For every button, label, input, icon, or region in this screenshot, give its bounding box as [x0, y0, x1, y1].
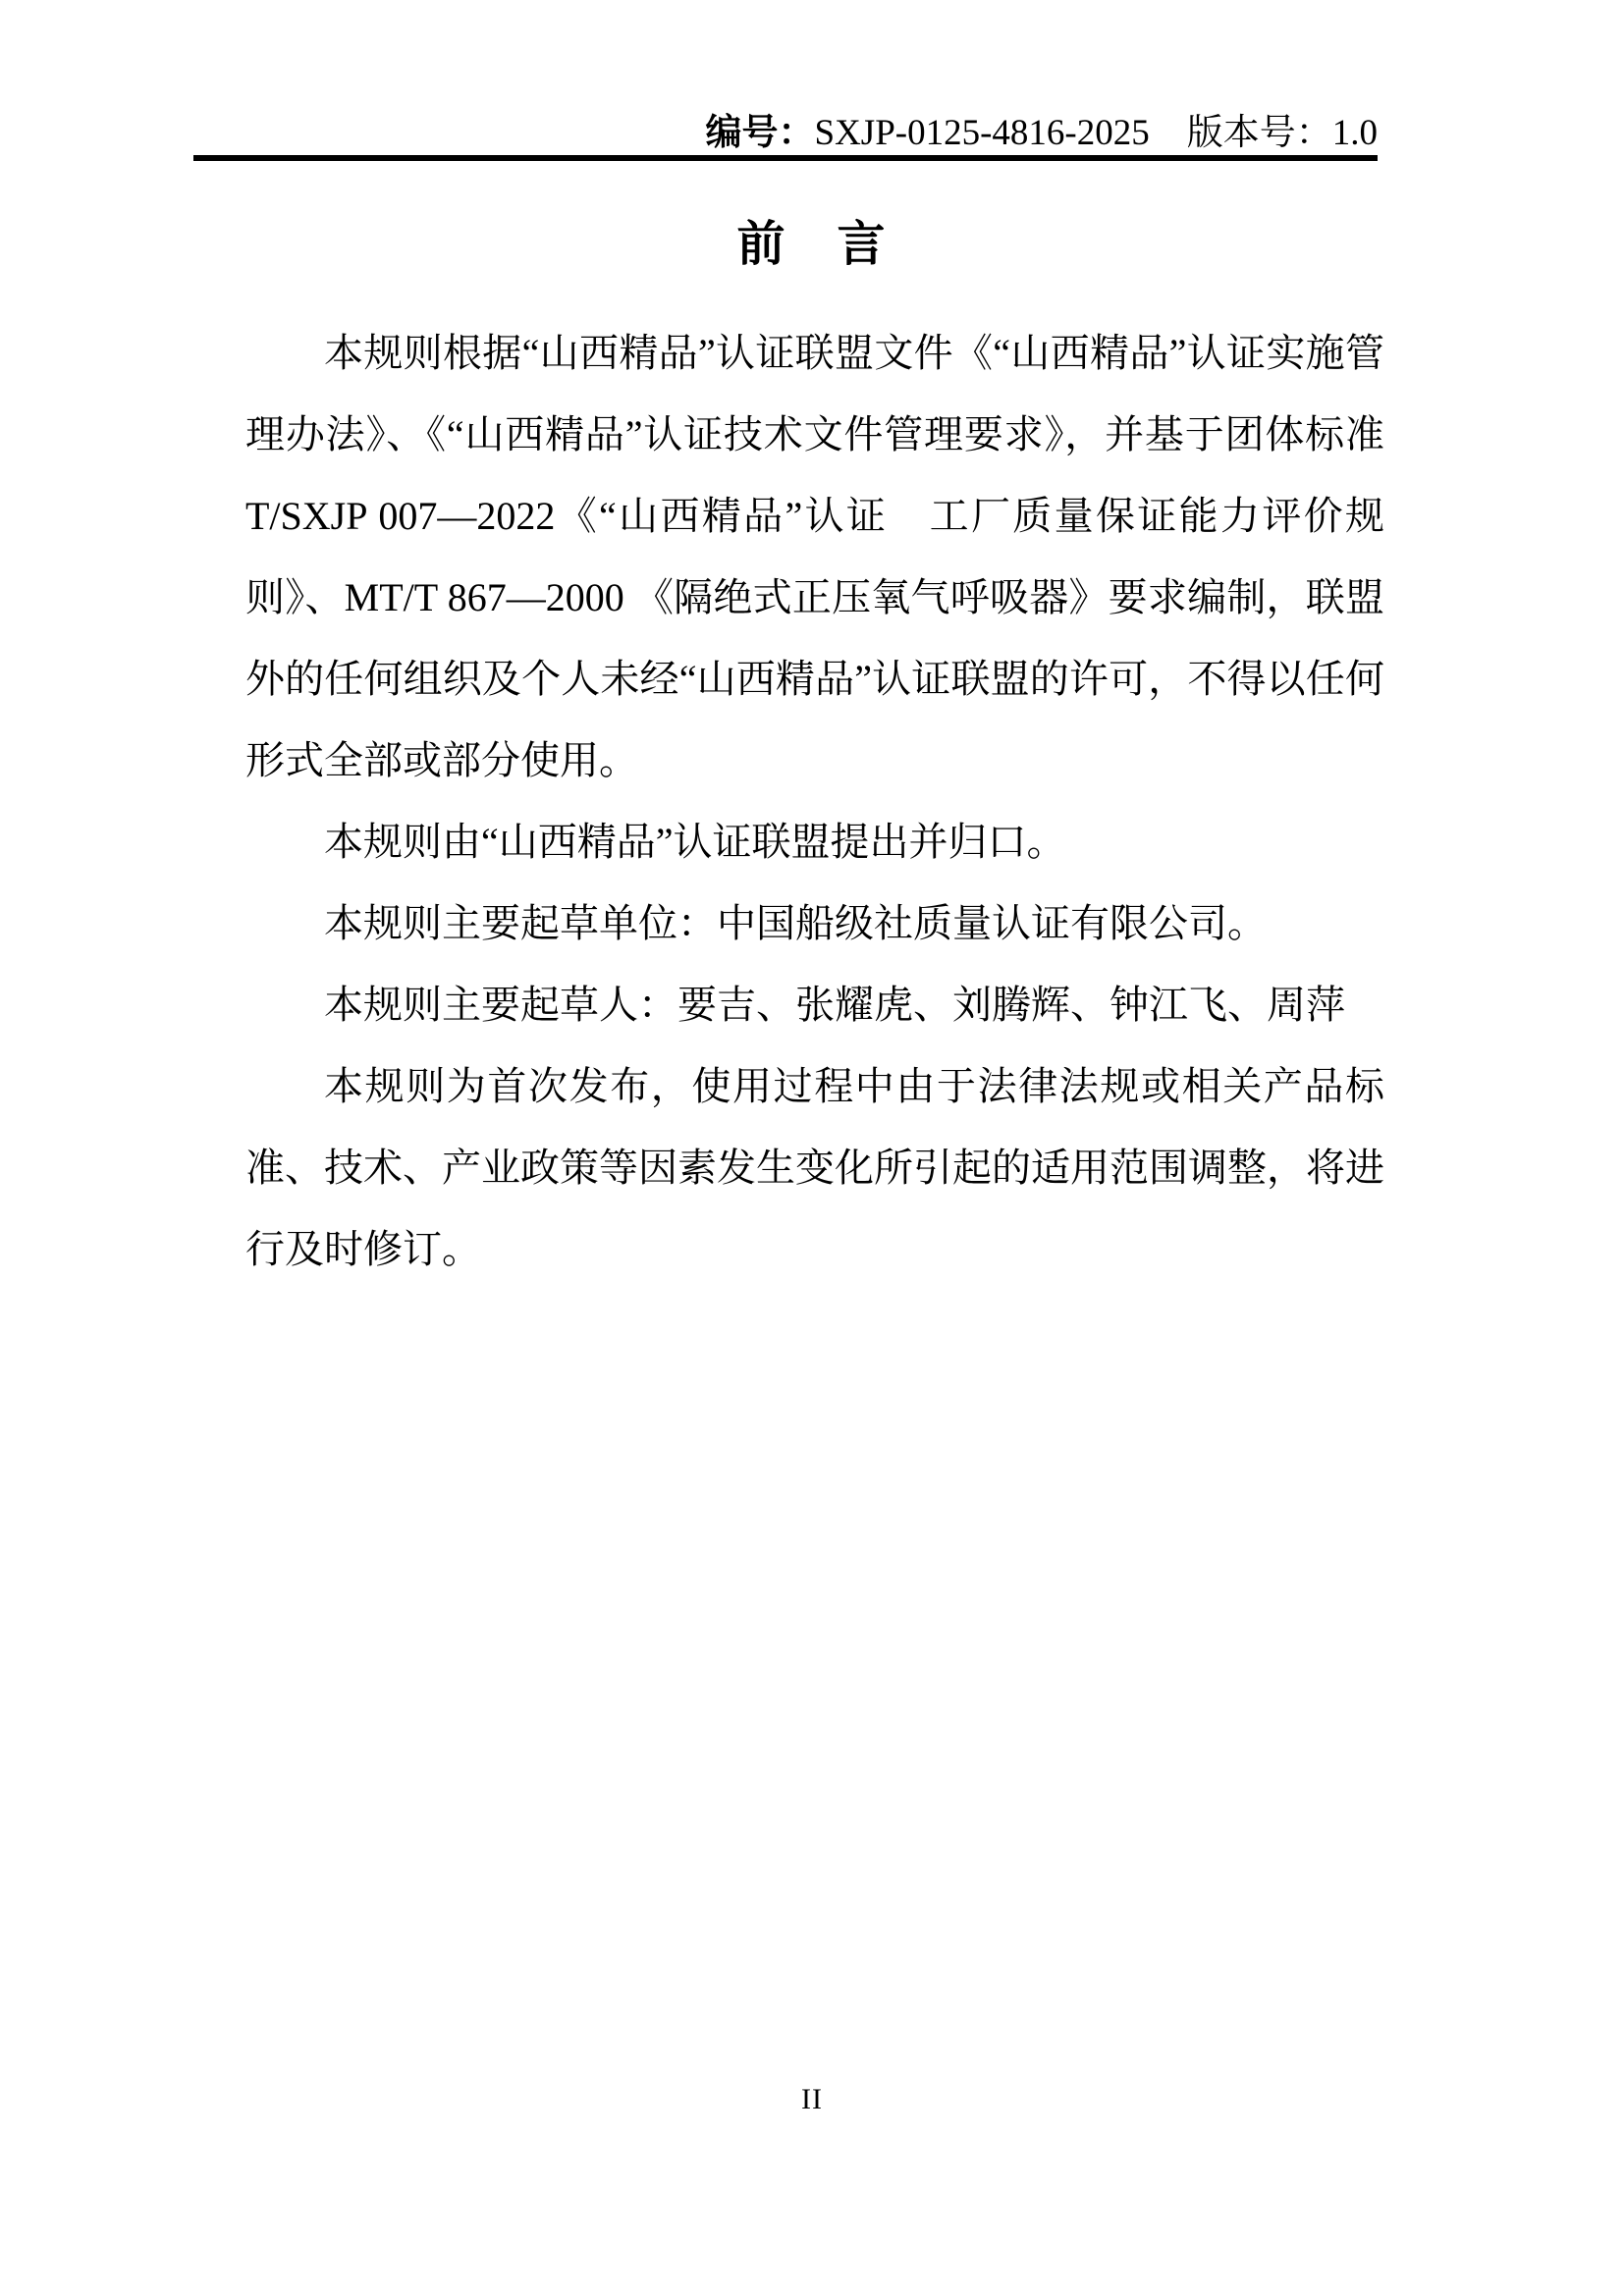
doc-number-label: 编号： — [706, 112, 815, 152]
page-number: II — [0, 2083, 1624, 2116]
foreword-paragraph: 本规则由“山西精品”认证联盟提出并归口。 — [245, 801, 1384, 882]
doc-version-label: 版本号： — [1187, 113, 1332, 153]
foreword-paragraph: 本规则根据“山西精品”认证联盟文件《“山西精品”认证实施管理办法》、《“山西精品… — [245, 312, 1384, 801]
doc-version-value: 1.0 — [1332, 113, 1378, 153]
foreword-paragraph: 本规则为首次发布，使用过程中由于法律法规或相关产品标准、技术、产业政策等因素发生… — [245, 1045, 1384, 1290]
document-page: 编号：SXJP-0125-4816-2025版本号：1.0 前 言 本规则根据“… — [0, 0, 1624, 2296]
header-divider-line — [193, 155, 1378, 161]
foreword-paragraph: 本规则主要起草人：要吉、张耀虎、刘腾辉、钟江飞、周萍 — [245, 964, 1384, 1045]
foreword-body: 本规则根据“山西精品”认证联盟文件《“山西精品”认证实施管理办法》、《“山西精品… — [245, 312, 1384, 1290]
document-header: 编号：SXJP-0125-4816-2025版本号：1.0 — [706, 110, 1379, 156]
foreword-paragraph: 本规则主要起草单位：中国船级社质量认证有限公司。 — [245, 882, 1384, 964]
page-title: 前 言 — [0, 206, 1624, 275]
doc-number-value: SXJP-0125-4816-2025 — [815, 113, 1150, 153]
